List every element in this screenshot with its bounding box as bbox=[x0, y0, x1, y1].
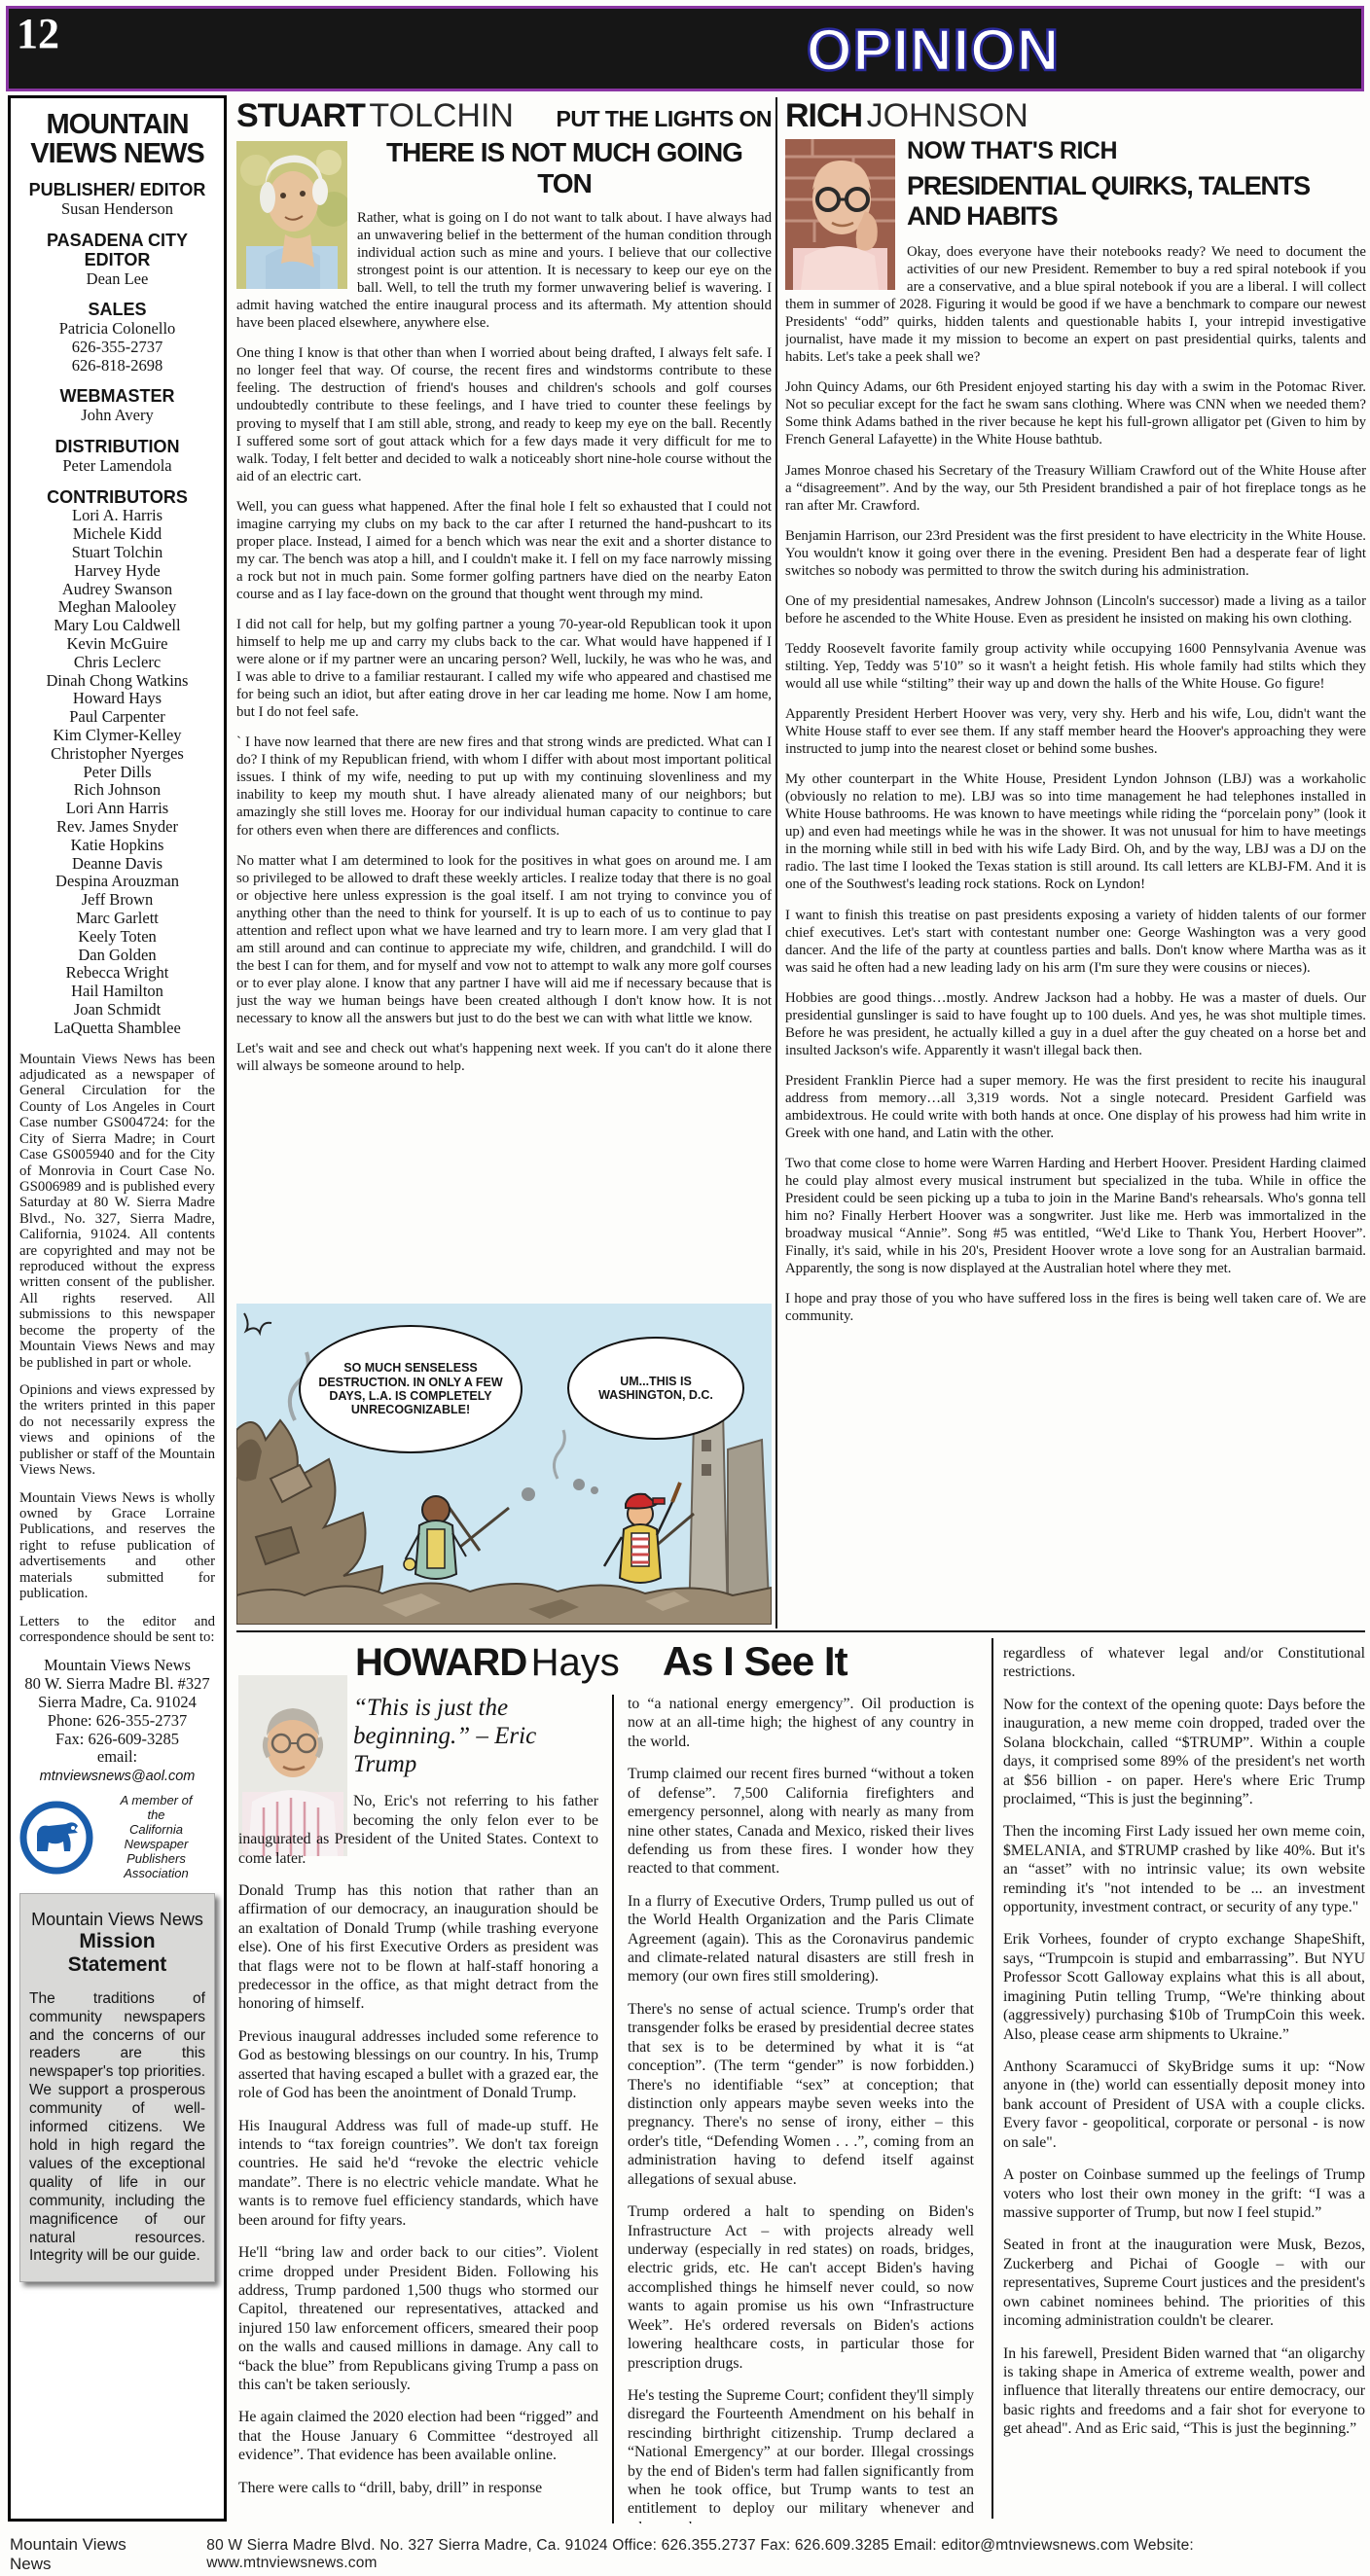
legal-paragraph: Mountain Views News is wholly owned by G… bbox=[19, 1490, 215, 1602]
hays-paragraph: Seated in front at the inauguration were… bbox=[1003, 2236, 1365, 2330]
contributor-name: Meghan Malooley bbox=[19, 598, 215, 617]
johnson-paragraph: Benjamin Harrison, our 23rd President wa… bbox=[785, 527, 1366, 580]
johnson-paragraph: I want to finish this treatise on past p… bbox=[785, 907, 1366, 977]
rich-johnson-photo bbox=[785, 139, 895, 290]
cnpa-text: A member of the California Newspaper Pub… bbox=[97, 1794, 215, 1881]
staff-name: Patricia Colonello bbox=[19, 320, 215, 339]
legal-notices: Mountain Views News has been adjudicated… bbox=[19, 1052, 215, 1646]
contributor-name: Paul Carpenter bbox=[19, 708, 215, 727]
footer-brand: Mountain Views News bbox=[10, 2535, 171, 2574]
hays-column-3: regardless of whatever legal and/or Cons… bbox=[1003, 1644, 1365, 2452]
hays-paragraph: There were calls to “drill, baby, drill”… bbox=[238, 2479, 598, 2497]
hays-paragraph: A poster on Coinbase summed up the feeli… bbox=[1003, 2165, 1365, 2222]
page-footer: Mountain Views News 80 W Sierra Madre Bl… bbox=[10, 2535, 1364, 2574]
hays-columns-1-2: “This is just the beginning.” – Eric Tru… bbox=[236, 1695, 988, 2523]
johnson-last-name: JOHNSON bbox=[867, 97, 1028, 134]
contributors-list: Lori A. HarrisMichele KiddStuart Tolchin… bbox=[19, 507, 215, 1037]
contributor-name: Kim Clymer-Kelley bbox=[19, 727, 215, 745]
staff-name: Peter Lamendola bbox=[19, 457, 215, 476]
contributor-name: Keely Toten bbox=[19, 928, 215, 947]
johnson-paragraph: Teddy Roosevelt favorite family group ac… bbox=[785, 640, 1366, 693]
hays-paragraph: In a flurry of Executive Orders, Trump p… bbox=[628, 1892, 974, 1986]
article-johnson: RICH JOHNSON NOW THAT'S RICH PRESIDENTIA… bbox=[785, 97, 1366, 1628]
hays-paragraph: Trump claimed our recent fires burned “w… bbox=[628, 1765, 974, 1878]
publisher-role: PUBLISHER/ EDITOR bbox=[19, 181, 215, 200]
masthead-title: MOUNTAIN VIEWS NEWS bbox=[19, 110, 215, 168]
contributor-name: Hail Hamilton bbox=[19, 983, 215, 1001]
tolchin-paragraph: ` I have now learned that there are new … bbox=[236, 733, 772, 839]
hays-column-title: As I See It bbox=[663, 1638, 847, 1685]
contributor-name: Stuart Tolchin bbox=[19, 544, 215, 562]
tolchin-first-name: STUART bbox=[236, 97, 365, 134]
sales-role: SALES bbox=[19, 301, 215, 320]
legal-paragraph: Mountain Views News has been adjudicated… bbox=[19, 1052, 215, 1371]
hays-paragraph: He again claimed the 2020 election had b… bbox=[238, 2408, 598, 2464]
hays-paragraph: He's testing the Supreme Court; confiden… bbox=[628, 2386, 974, 2523]
johnson-paragraph: James Monroe chased his Secretary of the… bbox=[785, 462, 1366, 515]
staff-name: Susan Henderson bbox=[19, 200, 215, 219]
contributor-name: Michele Kidd bbox=[19, 525, 215, 544]
hays-col3-body: regardless of whatever legal and/or Cons… bbox=[1003, 1644, 1365, 2439]
contributor-name: Christopher Nyerges bbox=[19, 745, 215, 764]
staff-name: Dean Lee bbox=[19, 270, 215, 289]
hays-paragraph: Then the incoming First Lady issued her … bbox=[1003, 1822, 1365, 1916]
tolchin-paragraph: Let's wait and see and check out what's … bbox=[236, 1040, 772, 1075]
hays-col1-body: No, Eric's not referring to his father b… bbox=[238, 1792, 598, 2497]
cnpa-logo-icon bbox=[19, 1801, 93, 1875]
contributor-name: LaQuetta Shamblee bbox=[19, 1020, 215, 1038]
article-tolchin: STUART TOLCHIN PUT THE LIGHTS ON THERE I… bbox=[236, 97, 772, 1302]
contributor-name: Chris Leclerc bbox=[19, 654, 215, 672]
johnson-paragraph: I hope and pray those of you who have su… bbox=[785, 1290, 1366, 1325]
page-number: 12 bbox=[17, 9, 59, 58]
johnson-paragraph: Two that come close to home were Warren … bbox=[785, 1155, 1366, 1277]
hays-paragraph: Trump ordered a halt to spending on Bide… bbox=[628, 2202, 974, 2373]
johnson-paragraph: One of my presidential namesakes, Andrew… bbox=[785, 592, 1366, 627]
staff-name: John Avery bbox=[19, 407, 215, 425]
johnson-paragraph: President Franklin Pierce had a super me… bbox=[785, 1072, 1366, 1142]
hays-paragraph: In his farewell, President Biden warned … bbox=[1003, 2344, 1365, 2439]
hays-paragraph: Erik Vorhees, founder of crypto exchange… bbox=[1003, 1930, 1365, 2044]
address-line: 80 W. Sierra Madre Bl. #327 bbox=[19, 1675, 215, 1694]
section-title: OPINION bbox=[807, 17, 1060, 84]
hays-column-1: “This is just the beginning.” – Eric Tru… bbox=[236, 1695, 612, 2523]
staff-name: 626-818-2698 bbox=[19, 357, 215, 376]
hays-col2-body: to “a national energy emergency”. Oil pr… bbox=[628, 1695, 974, 2523]
distribution-role: DISTRIBUTION bbox=[19, 438, 215, 457]
johnson-paragraph: My other counterpart in the White House,… bbox=[785, 770, 1366, 893]
distribution-names: Peter Lamendola bbox=[19, 457, 215, 476]
tolchin-paragraph: No matter what I am determined to look f… bbox=[236, 852, 772, 1027]
contributor-name: Despina Arouzman bbox=[19, 873, 215, 891]
hays-paragraph: Now for the context of the opening quote… bbox=[1003, 1696, 1365, 1809]
pasadena-editor-names: Dean Lee bbox=[19, 270, 215, 289]
tolchin-paragraph: One thing I know is that other than when… bbox=[236, 344, 772, 484]
mission-statement-box: Mountain Views News Mission Statement Th… bbox=[19, 1893, 215, 2283]
hays-paragraph: There's no sense of actual science. Trum… bbox=[628, 2000, 974, 2189]
tolchin-byline: STUART TOLCHIN PUT THE LIGHTS ON bbox=[236, 97, 772, 135]
mission-title-line2: Mission Statement bbox=[29, 1930, 205, 1977]
contributor-name: Dan Golden bbox=[19, 947, 215, 965]
contributor-name: Mary Lou Caldwell bbox=[19, 617, 215, 635]
contact-email: mtnviewsnews@aol.com bbox=[19, 1769, 215, 1784]
contributor-name: Katie Hopkins bbox=[19, 837, 215, 855]
contributor-name: Rich Johnson bbox=[19, 781, 215, 800]
tolchin-paragraph: Well, you can guess what happened. After… bbox=[236, 498, 772, 603]
tolchin-kicker: PUT THE LIGHTS ON bbox=[557, 106, 773, 132]
contributor-name: Jeff Brown bbox=[19, 891, 215, 910]
pasadena-editor-role: PASADENA CITY EDITOR bbox=[19, 232, 215, 270]
mission-body: The traditions of community newspapers a… bbox=[29, 1990, 205, 2267]
hays-paragraph: to “a national energy emergency”. Oil pr… bbox=[628, 1695, 974, 1751]
cnpa-membership: A member of the California Newspaper Pub… bbox=[19, 1794, 215, 1881]
photo-spacer bbox=[238, 1695, 353, 1823]
mailing-address: Mountain Views News80 W. Sierra Madre Bl… bbox=[19, 1657, 215, 1767]
contributor-name: Joan Schmidt bbox=[19, 1001, 215, 1020]
masthead-sidebar: MOUNTAIN VIEWS NEWS PUBLISHER/ EDITOR Su… bbox=[8, 95, 227, 2522]
hays-paragraph: His Inaugural Address was full of made-u… bbox=[238, 2117, 598, 2231]
hays-column-2: to “a national energy emergency”. Oil pr… bbox=[612, 1695, 988, 2523]
mission-title-line1: Mountain Views News bbox=[29, 1910, 205, 1930]
opinion-banner: 12 OPINION bbox=[6, 6, 1364, 91]
contributor-name: Dinah Chong Watkins bbox=[19, 672, 215, 691]
johnson-byline: RICH JOHNSON bbox=[785, 97, 1366, 135]
johnson-body: Okay, does everyone have their notebooks… bbox=[785, 243, 1366, 1325]
legal-paragraph: Opinions and views expressed by the writ… bbox=[19, 1382, 215, 1479]
footer-contact-line: 80 W Sierra Madre Blvd. No. 327 Sierra M… bbox=[206, 2537, 1364, 2572]
hays-paragraph: Donald Trump has this notion that rather… bbox=[238, 1881, 598, 2014]
article-hays: HOWARD Hays As I See It “This is just th… bbox=[236, 1638, 1365, 2523]
cartoon-speech-bubble-left: SO MUCH SENSELESS DESTRUCTION. IN ONLY A… bbox=[299, 1325, 523, 1453]
johnson-paragraph: John Quincy Adams, our 6th President enj… bbox=[785, 378, 1366, 448]
tolchin-paragraph: I did not call for help, but my golfing … bbox=[236, 616, 772, 721]
cartoon-speech-bubble-right: UM...THIS IS WASHINGTON, D.C. bbox=[567, 1337, 744, 1440]
newspaper-page: 12 OPINION MOUNTAIN VIEWS NEWS PUBLISHER… bbox=[0, 0, 1370, 2576]
webmaster-names: John Avery bbox=[19, 407, 215, 425]
tolchin-last-name: TOLCHIN bbox=[369, 97, 514, 134]
contributor-name: Peter Dills bbox=[19, 764, 215, 782]
contributor-name: Marc Garlett bbox=[19, 910, 215, 928]
editorial-cartoon: SO MUCH SENSELESS DESTRUCTION. IN ONLY A… bbox=[236, 1304, 772, 1625]
hays-paragraph: Anthony Scaramucci of SkyBridge sums it … bbox=[1003, 2057, 1365, 2152]
section-divider bbox=[236, 1630, 1365, 1632]
hays-column-divider bbox=[991, 1638, 993, 2519]
johnson-paragraph: Apparently President Herbert Hoover was … bbox=[785, 705, 1366, 758]
publisher-names: Susan Henderson bbox=[19, 200, 215, 219]
contributor-name: Rev. James Snyder bbox=[19, 818, 215, 837]
webmaster-role: WEBMASTER bbox=[19, 387, 215, 407]
address-line: Sierra Madre, Ca. 91024 bbox=[19, 1694, 215, 1712]
contributor-name: Deanne Davis bbox=[19, 855, 215, 874]
johnson-first-name: RICH bbox=[785, 97, 862, 134]
staff-name: 626-355-2737 bbox=[19, 339, 215, 357]
hays-paragraph: He'll “bring law and order back to our c… bbox=[238, 2243, 598, 2394]
hays-paragraph: regardless of whatever legal and/or Cons… bbox=[1003, 1644, 1365, 1682]
hays-paragraph: Previous inaugural addresses included so… bbox=[238, 2027, 598, 2103]
johnson-paragraph: Hobbies are good things…mostly. Andrew J… bbox=[785, 989, 1366, 1059]
address-line: Fax: 626-609-3285 bbox=[19, 1731, 215, 1749]
address-line: email: bbox=[19, 1748, 215, 1767]
contributor-name: Audrey Swanson bbox=[19, 581, 215, 599]
contributor-name: Kevin McGuire bbox=[19, 635, 215, 654]
tolchin-body: Rather, what is going on I do not want t… bbox=[236, 209, 772, 1075]
address-line: Mountain Views News bbox=[19, 1657, 215, 1675]
hays-last-name: Hays bbox=[531, 1641, 620, 1684]
hays-first-name: HOWARD bbox=[355, 1641, 526, 1684]
contributor-name: Harvey Hyde bbox=[19, 562, 215, 581]
contributor-name: Rebecca Wright bbox=[19, 964, 215, 983]
sales-names: Patricia Colonello626-355-2737626-818-26… bbox=[19, 320, 215, 375]
contributor-name: Howard Hays bbox=[19, 690, 215, 708]
address-line: Phone: 626-355-2737 bbox=[19, 1712, 215, 1731]
contributor-name: Lori A. Harris bbox=[19, 507, 215, 525]
legal-paragraph: Letters to the editor and correspondence… bbox=[19, 1614, 215, 1646]
contributor-name: Lori Ann Harris bbox=[19, 800, 215, 818]
stuart-tolchin-photo bbox=[236, 141, 347, 289]
column-divider bbox=[775, 97, 777, 1628]
contributors-role: CONTRIBUTORS bbox=[19, 488, 215, 508]
